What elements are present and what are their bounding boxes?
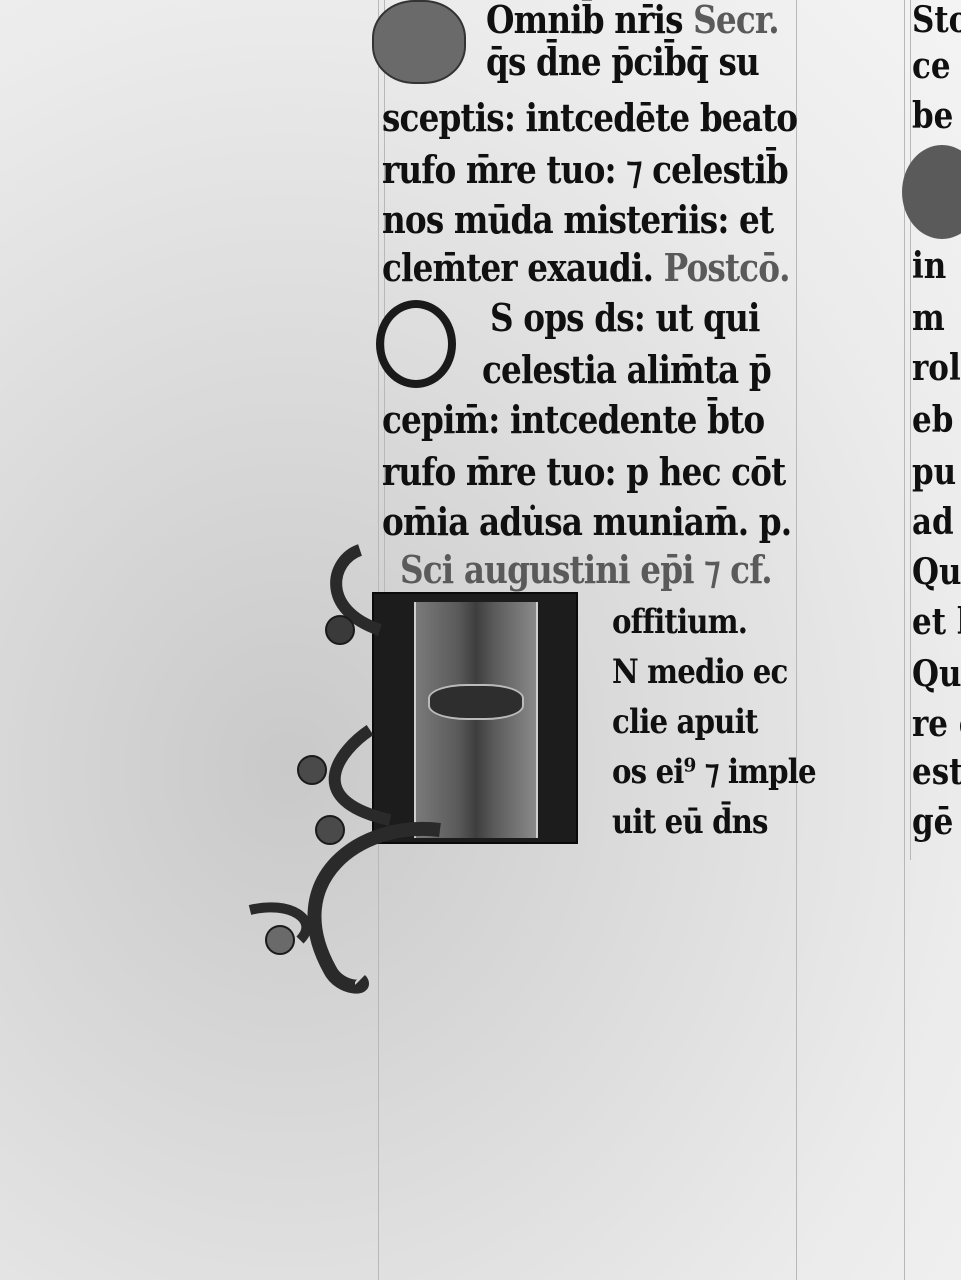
right-col-line-14: re c — [912, 704, 961, 744]
right-col-line-16: gē — [912, 802, 953, 842]
right-col-line-8: eb — [912, 400, 953, 440]
right-col-line-5: in — [912, 246, 946, 286]
initial-o — [372, 0, 466, 84]
text-line-1: Omnib̄ nr̄is Secr. — [486, 0, 779, 40]
text-line-7: S ops ds: ut qui — [490, 298, 760, 338]
right-col-line-6: m — [912, 298, 945, 338]
initial-q — [376, 300, 456, 388]
right-col-line-13: Qu — [912, 654, 961, 694]
right-col-line-10: ad — [912, 502, 954, 542]
text-line-3: sceptis: intcedēte beato — [382, 98, 797, 138]
introit-line-3: os ei⁹ ⁊ imple — [612, 752, 816, 792]
margin-rule-col2-inner — [910, 0, 911, 860]
right-col-line-9: pu — [912, 452, 956, 492]
right-col-line-1: Sto — [912, 0, 961, 40]
right-col-line-11: Qu — [912, 552, 961, 592]
text-line-10: rufo m̄re tuo: p hec cōt — [382, 452, 785, 492]
manuscript-page: Omnib̄ nr̄is Secr. q̄s d̄ne p̄cib̄q̄ su … — [0, 0, 961, 1280]
text-line-6: clem̄ter exaudi. Postcō. — [382, 248, 790, 288]
text-line-4: rufo m̄re tuo: ⁊ celestib̄ — [382, 150, 788, 190]
right-col-line-12: et l — [912, 602, 961, 642]
introit-line-1: N medio ec — [612, 652, 787, 692]
text-line-5: nos mūda misteriis: et — [382, 200, 773, 240]
introit-line-2: clie apuit — [612, 702, 757, 742]
foliate-spray-icon — [240, 520, 600, 1000]
right-col-line-7: rol — [912, 348, 961, 388]
introit-line-4: uit eū d̄ns — [612, 802, 768, 842]
right-col-line-15: est — [912, 752, 961, 792]
rubric-offitium: offitium. — [612, 602, 747, 642]
text-line-8: celestia alim̄ta p̄ — [482, 350, 771, 390]
text-line-2: q̄s d̄ne p̄cib̄q̄ su — [486, 42, 759, 82]
right-col-line-3: be — [912, 96, 953, 136]
text-line-9: cepim̄: intcedente b̄to — [382, 400, 764, 440]
right-col-line-2: ce — [912, 46, 951, 86]
margin-rule-right — [796, 0, 797, 1280]
